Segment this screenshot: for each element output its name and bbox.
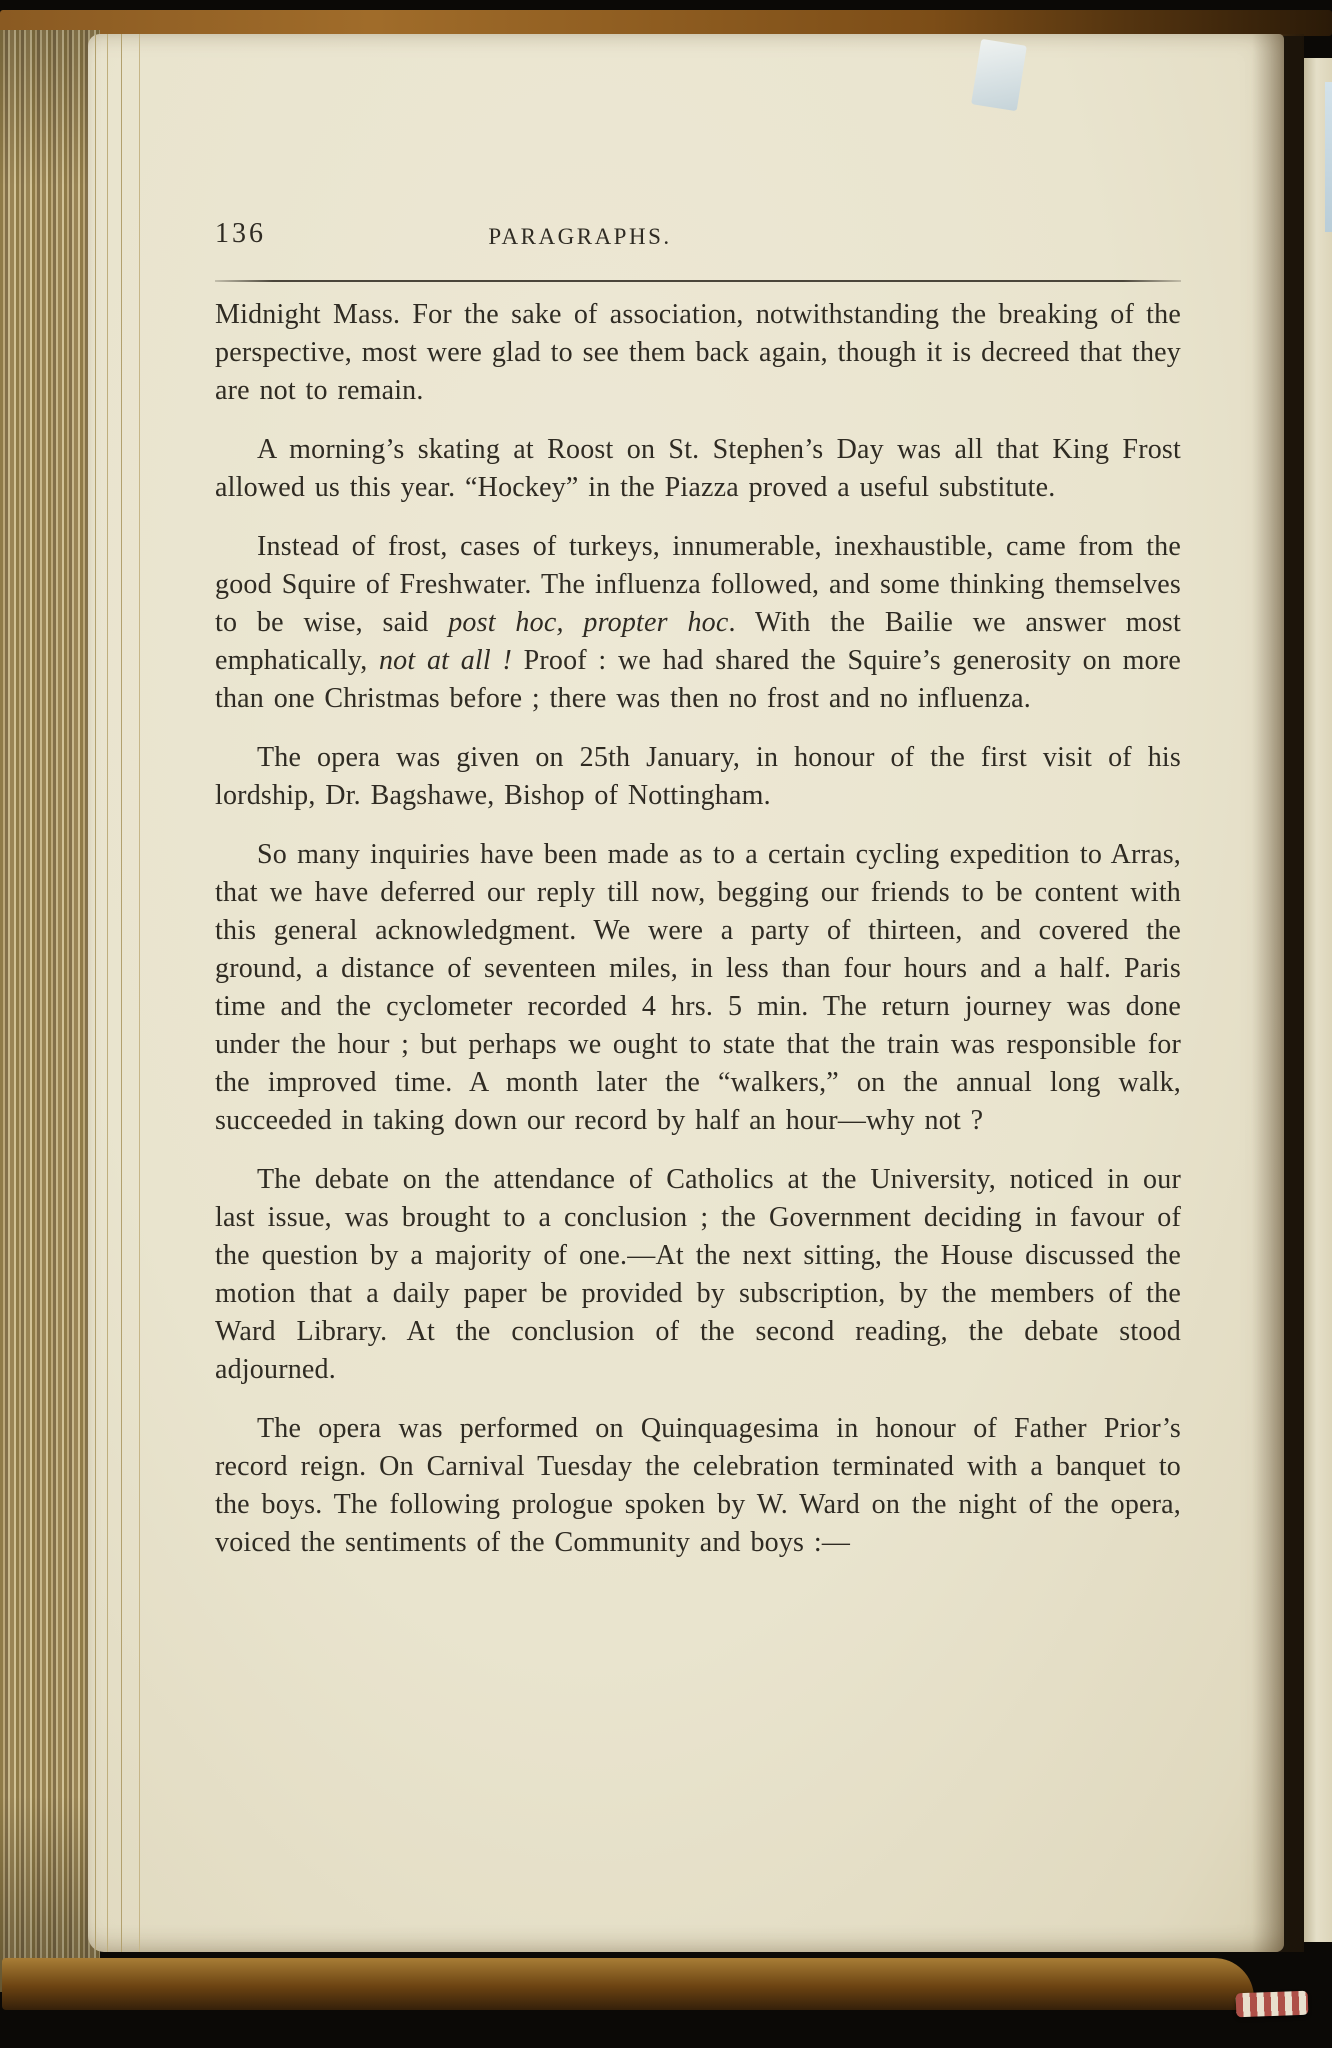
text-segment: The opera was performed on Quinquagesima… <box>215 1413 1181 1558</box>
paragraph: The opera was performed on Quinquagesima… <box>215 1410 1181 1562</box>
text-segment: So many inquiries have been made as to a… <box>215 839 1181 1136</box>
book-photo: { "book_page": { "folio": "136", "runnin… <box>0 0 1332 2048</box>
book-page: 136 PARAGRAPHS. Midnight Mass. For the s… <box>88 34 1284 1952</box>
book-cover-bottom-edge <box>2 1958 1254 2010</box>
running-head: PARAGRAPHS. <box>488 224 671 250</box>
page-edges-stack <box>0 30 100 1992</box>
page-number: 136 <box>215 218 266 250</box>
italic-text-segment: not at all ! <box>379 645 512 676</box>
text-segment: A morning’s skating at Roost on St. Step… <box>215 434 1181 503</box>
right-page-sliver <box>1325 82 1332 232</box>
next-page-edge <box>1304 58 1332 1942</box>
italic-text-segment: post hoc, propter hoc <box>448 607 728 638</box>
paragraph: The opera was given on 25th January, in … <box>215 739 1181 815</box>
text-segment: Midnight Mass. For the sake of associati… <box>215 299 1181 406</box>
header-rule <box>215 280 1181 282</box>
endband <box>1236 1991 1309 2017</box>
paragraph: Midnight Mass. For the sake of associati… <box>215 296 1181 410</box>
paragraph: A morning’s skating at Roost on St. Step… <box>215 431 1181 507</box>
book-cover-top-edge <box>0 10 1332 36</box>
paragraph: Instead of frost, cases of turkeys, innu… <box>215 528 1181 718</box>
text-segment: The debate on the attendance of Catholic… <box>215 1164 1181 1385</box>
text-segment: The opera was given on 25th January, in … <box>215 742 1181 811</box>
paragraph: The debate on the attendance of Catholic… <box>215 1161 1181 1389</box>
paragraph: So many inquiries have been made as to a… <box>215 836 1181 1140</box>
gutter-shadow <box>1252 34 1304 1952</box>
page-body: Midnight Mass. For the sake of associati… <box>215 296 1181 1583</box>
